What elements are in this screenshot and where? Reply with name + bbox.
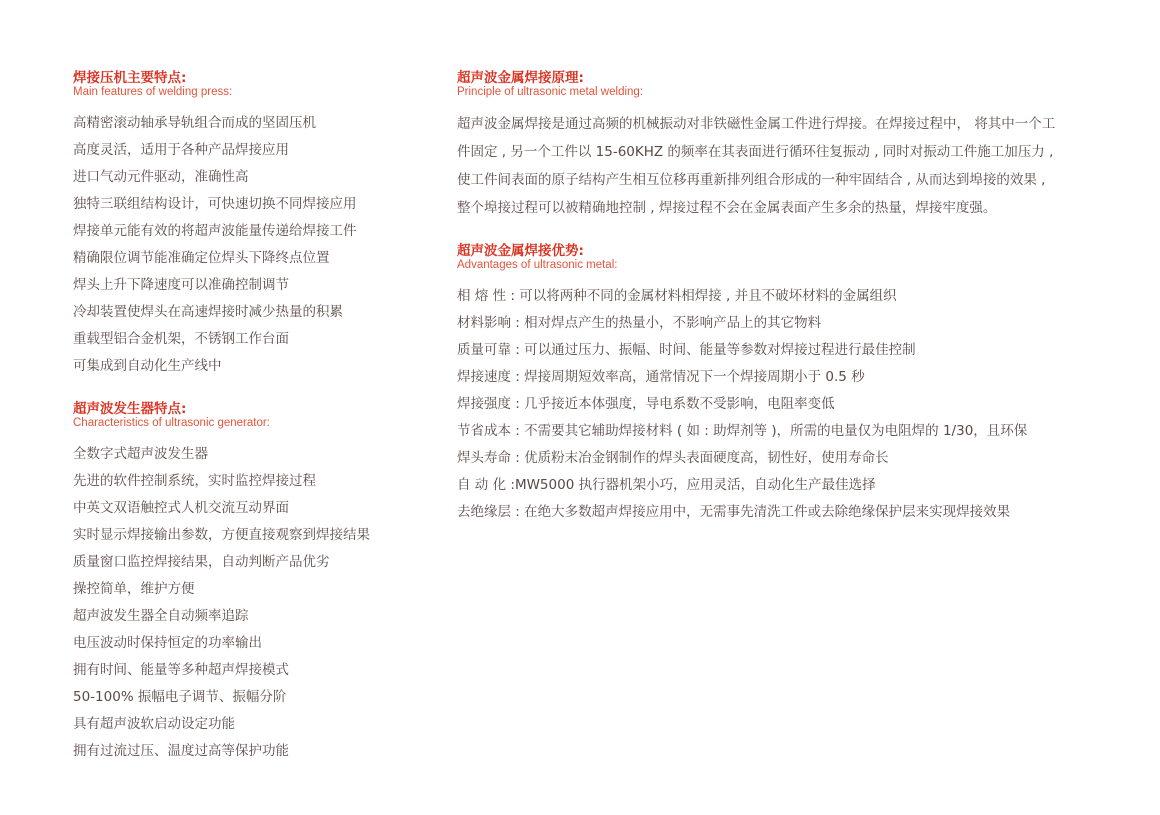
list-item: 高精密滚动轴承导轨组合而成的坚固压机 <box>73 110 433 137</box>
right-column: 超声波金属焊接原理: Principle of ultrasonic metal… <box>457 71 1127 526</box>
advantage-text: 不需要其它辅助焊接材料 ( 如 : 助焊剂等 )，所需的电量仅为电阻焊的 1/3… <box>524 423 1027 439</box>
advantages-section: 超声波金属焊接优势: Advantages of ultrasonic meta… <box>457 244 1127 526</box>
advantage-label: 焊接速度 : <box>457 369 524 385</box>
advantage-label: 相 熔 性 : <box>457 288 519 304</box>
advantage-text: 可以将两种不同的金属材料相焊接 , 并且不破坏材料的金属组织 <box>519 288 896 304</box>
advantage-label: 质量可靠 : <box>457 342 524 358</box>
advantage-item: 去绝缘层 : 在绝大多数超声焊接应用中，无需事先清洗工件或去除绝缘保护层来实现焊… <box>457 499 1127 526</box>
advantage-item: 节省成本 : 不需要其它辅助焊接材料 ( 如 : 助焊剂等 )，所需的电量仅为电… <box>457 418 1127 445</box>
principle-section: 超声波金属焊接原理: Principle of ultrasonic metal… <box>457 71 1127 222</box>
advantage-item: 焊接速度 : 焊接周期短效率高，通常情况下一个焊接周期小于 0.5 秒 <box>457 364 1127 391</box>
section-subtitle: Advantages of ultrasonic metal: <box>457 259 1127 272</box>
list-item: 精确限位调节能准确定位焊头下降终点位置 <box>73 245 433 272</box>
advantage-item: 自 动 化 :MW5000 执行器机架小巧，应用灵活，自动化生产最佳选择 <box>457 472 1127 499</box>
list-item: 先进的软件控制系统，实时监控焊接过程 <box>73 468 433 495</box>
section-title: 焊接压机主要特点: <box>73 71 433 86</box>
advantage-item: 相 熔 性 : 可以将两种不同的金属材料相焊接 , 并且不破坏材料的金属组织 <box>457 283 1127 310</box>
advantage-text: MW5000 执行器机架小巧，应用灵活，自动化生产最佳选择 <box>515 477 876 493</box>
advantage-label: 材料影响 : <box>457 315 524 331</box>
section-subtitle: Principle of ultrasonic metal welding: <box>457 86 1127 99</box>
advantage-item: 质量可靠 : 可以通过压力、振幅、时间、能量等参数对焊接过程进行最佳控制 <box>457 337 1127 364</box>
spacer <box>457 222 1127 244</box>
advantage-item: 材料影响 : 相对焊点产生的热量小，不影响产品上的其它物料 <box>457 310 1127 337</box>
list-item: 高度灵活，适用于各种产品焊接应用 <box>73 137 433 164</box>
advantage-text: 在绝大多数超声焊接应用中，无需事先清洗工件或去除绝缘保护层来实现焊接效果 <box>524 504 1010 520</box>
advantage-label: 去绝缘层 : <box>457 504 524 520</box>
paragraph-line: 整个埠接过程可以被精确地控制 , 焊接过程不会在金属表面产生多余的热量，焊接牢度… <box>457 194 1117 222</box>
list-item: 拥有过流过压、温度过高等保护功能 <box>73 738 433 765</box>
section-subtitle: Main features of welding press: <box>73 86 433 99</box>
section-subtitle: Characteristics of ultrasonic generator: <box>73 417 433 430</box>
generator-features-list: 全数字式超声波发生器 先进的软件控制系统，实时监控焊接过程 中英文双语触控式人机… <box>73 441 433 765</box>
press-features-section: 焊接压机主要特点: Main features of welding press… <box>73 71 433 380</box>
section-title: 超声波发生器特点: <box>73 402 433 417</box>
paragraph-line: 使工件间表面的原子结构产生相互位移再重新排列组合形成的一种牢固结合 , 从而达到… <box>457 166 1117 194</box>
list-item: 具有超声波软启动设定功能 <box>73 711 433 738</box>
paragraph-line: 超声波金属焊接是通过高频的机械振动对非铁磁性金属工件进行焊接。在焊接过程中， 将… <box>457 110 1117 138</box>
advantage-item: 焊头寿命 : 优质粉末冶金钢制作的焊头表面硬度高，韧性好，使用寿命长 <box>457 445 1127 472</box>
list-item: 质量窗口监控焊接结果，自动判断产品优劣 <box>73 549 433 576</box>
list-item: 实时显示焊接输出参数，方便直接观察到焊接结果 <box>73 522 433 549</box>
left-column: 焊接压机主要特点: Main features of welding press… <box>73 71 433 765</box>
list-item: 焊接单元能有效的将超声波能量传递给焊接工件 <box>73 218 433 245</box>
advantages-list: 相 熔 性 : 可以将两种不同的金属材料相焊接 , 并且不破坏材料的金属组织 材… <box>457 283 1127 526</box>
section-title: 超声波金属焊接优势: <box>457 244 1127 259</box>
advantage-text: 几乎接近本体强度，导电系数不受影响，电阻率变低 <box>524 396 835 412</box>
list-item: 独特三联组结构设计，可快速切换不同焊接应用 <box>73 191 433 218</box>
paragraph-line: 件固定 , 另一个工件以 15-60KHZ 的频率在其表面进行循环往复振动 , … <box>457 138 1117 166</box>
advantage-item: 焊接强度 : 几乎接近本体强度，导电系数不受影响，电阻率变低 <box>457 391 1127 418</box>
section-title: 超声波金属焊接原理: <box>457 71 1127 86</box>
list-item: 进口气动元件驱动，准确性高 <box>73 164 433 191</box>
list-item: 重载型铝合金机架，不锈钢工作台面 <box>73 326 433 353</box>
advantage-label: 自 动 化 : <box>457 477 515 493</box>
list-item: 拥有时间、能量等多种超声焊接模式 <box>73 657 433 684</box>
advantage-label: 焊接强度 : <box>457 396 524 412</box>
advantage-label: 节省成本 : <box>457 423 524 439</box>
press-features-list: 高精密滚动轴承导轨组合而成的坚固压机 高度灵活，适用于各种产品焊接应用 进口气动… <box>73 110 433 380</box>
list-item: 冷却装置使焊头在高速焊接时减少热量的积累 <box>73 299 433 326</box>
advantage-text: 相对焊点产生的热量小，不影响产品上的其它物料 <box>524 315 821 331</box>
advantage-text: 可以通过压力、振幅、时间、能量等参数对焊接过程进行最佳控制 <box>524 342 916 358</box>
list-item: 可集成到自动化生产线中 <box>73 353 433 380</box>
principle-paragraph: 超声波金属焊接是通过高频的机械振动对非铁磁性金属工件进行焊接。在焊接过程中， 将… <box>457 110 1117 222</box>
spacer <box>73 380 433 402</box>
advantage-text: 优质粉末冶金钢制作的焊头表面硬度高，韧性好，使用寿命长 <box>524 450 889 466</box>
advantage-label: 焊头寿命 : <box>457 450 524 466</box>
list-item: 电压波动时保持恒定的功率输出 <box>73 630 433 657</box>
list-item: 操控简单，维护方便 <box>73 576 433 603</box>
list-item: 中英文双语触控式人机交流互动界面 <box>73 495 433 522</box>
list-item: 50-100% 振幅电子调节、振幅分阶 <box>73 684 433 711</box>
generator-features-section: 超声波发生器特点: Characteristics of ultrasonic … <box>73 402 433 765</box>
list-item: 超声波发生器全自动频率追踪 <box>73 603 433 630</box>
list-item: 全数字式超声波发生器 <box>73 441 433 468</box>
advantage-text: 焊接周期短效率高，通常情况下一个焊接周期小于 0.5 秒 <box>524 369 865 385</box>
list-item: 焊头上升下降速度可以准确控制调节 <box>73 272 433 299</box>
